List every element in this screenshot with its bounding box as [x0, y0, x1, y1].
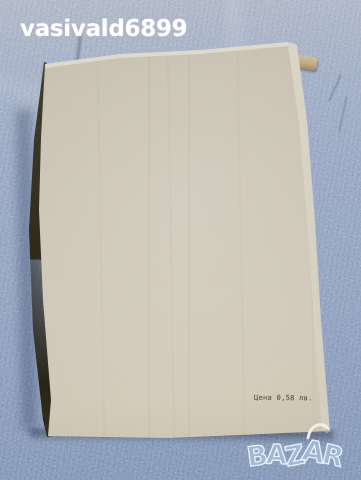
bazar-logo-watermark: BAZAR	[246, 435, 341, 472]
listing-photo: Цена 0,58 лв. vasivald6899 BAZAR	[0, 0, 361, 480]
price-stamp: Цена 0,58 лв.	[254, 394, 313, 403]
bazar-letter: B	[245, 440, 268, 473]
seller-watermark: vasivald6899	[20, 16, 187, 42]
book: Цена 0,58 лв.	[0, 0, 361, 480]
cover-crease-streaks	[0, 0, 361, 480]
